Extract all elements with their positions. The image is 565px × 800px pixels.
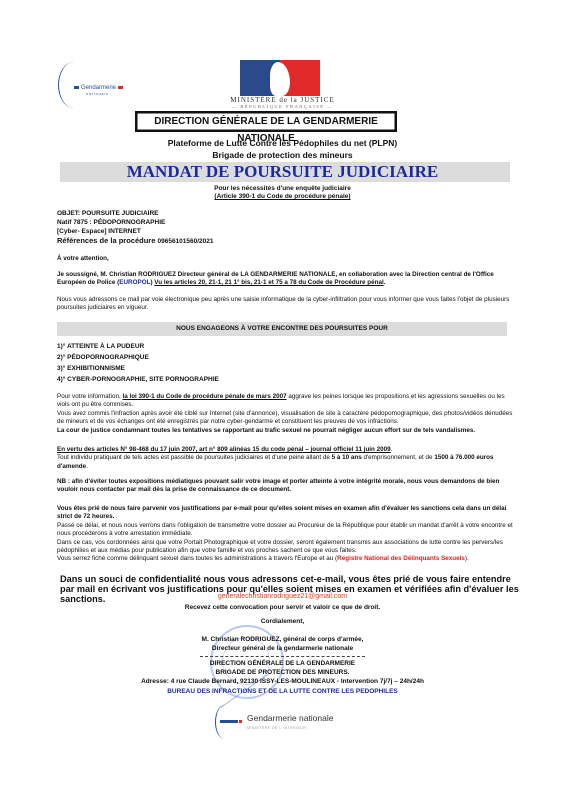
signature-name: M. Christian RODRIGUEZ, général de corps… (0, 636, 565, 643)
marianne-logo-icon (240, 60, 320, 96)
delai-paragraph: Vous êtes prié de nous faire parvenir vo… (57, 505, 517, 564)
objet-block: OBJET: POURSUITE JUDICIAIRE Natif 7875 :… (57, 209, 214, 246)
brigade-label: Brigade de protection des mineurs (0, 150, 565, 160)
charge-item: 1)° ATTEINTE À LA PUDEUR (57, 341, 219, 352)
signature-bureau: BUREAU DES INFRACTIONS ET DE LA LUTTE CO… (0, 688, 565, 695)
cordialement-line: Cordialement, (0, 618, 565, 625)
charge-item: 3)° EXHIBITIONNISME (57, 363, 219, 374)
charge-item: 2)° PÉDOPORNOGRAPHIQUE (57, 352, 219, 363)
signature-address: Adresse: 4 rue Claude Bernard, 92130 ISS… (0, 678, 565, 685)
engage-bar: NOUS ENGAGEONS À VOTRE ENCONTRE DES POUR… (57, 322, 507, 336)
footer-flag-icon (220, 720, 238, 723)
gendarmerie-logo: Gendarmerie nationale (56, 62, 116, 110)
signature-title: Directeur général de la gendarmerie nati… (0, 645, 565, 652)
necessites-label: Pour les nécessités d'une enquête judici… (0, 185, 565, 192)
registre-label: Registre National des Délinquants Sexuel… (337, 555, 465, 562)
contact-email-link[interactable]: generalechristianrodriguez21@gmail.com (0, 593, 565, 600)
ministere-label: MINISTÈRE de la JUSTICE (200, 96, 365, 104)
reference-line: Références de la procédure 09656101560/2… (57, 236, 214, 246)
signature-direction: DIRECTION GÉNÉRALE DE LA GENDARMERIE (0, 660, 565, 667)
cyber-line: [Cyber- Espace] INTERNET (57, 227, 214, 236)
info-paragraph: Pour votre information, la loi 390-1 du … (57, 393, 517, 435)
attention-line: À votre attention, (57, 255, 517, 263)
europol-label: EUROPOL (119, 279, 150, 286)
charges-list: 1)° ATTEINTE À LA PUDEUR 2)° PÉDOPORNOGR… (57, 341, 219, 385)
charge-item: 4)° CYBER-PORNOGRAPHIE, SITE PORNOGRAPHI… (57, 374, 219, 385)
recevez-line: Recevez cette convocation pour servir et… (0, 604, 565, 611)
footer-logo-sub: MINISTÈRE DE L'INTÉRIEUR (247, 726, 306, 730)
objet-line: OBJET: POURSUITE JUDICIAIRE (57, 209, 214, 218)
law-reference: la loi 390-1 du Code de procédure pénale… (122, 393, 286, 400)
vertu-reference: En vertu des articles N° 98-468 du 17 ju… (57, 446, 391, 453)
intro-paragraph: Je soussigné, M. Christian RODRIGUEZ Dir… (57, 271, 517, 288)
mail-info-paragraph: Nous vous adressons ce mail par voie éle… (57, 296, 517, 313)
reference-number: 09656101560/2021 (157, 238, 213, 245)
nb-paragraph: NB : afin d'éviter toutes expositions mé… (57, 478, 517, 495)
footer-logo-name: Gendarmerie nationale (247, 713, 333, 723)
signature-divider (200, 656, 365, 657)
article-label: (Article 390-1 du Code de procédure péna… (0, 193, 565, 200)
vertu-paragraph: En vertu des articles N° 98-468 du 17 ju… (57, 446, 517, 471)
mandat-title: MANDAT DE POURSUITE JUDICIAIRE (0, 162, 565, 182)
natif-line: Natif 7875 : PÉDOPORNOGRAPHIE (57, 218, 214, 227)
articles-reference: Vu les articles 20, 21-1, 21 1° bis, 21-… (154, 279, 383, 286)
republique-label: — RÉPUBLIQUE FRANÇAISE — (200, 104, 365, 109)
footer-gendarmerie-logo: Gendarmerie nationale MINISTÈRE DE L'INT… (215, 705, 365, 745)
direction-title: DIRECTION GÉNÉRALE DE LA GENDARMERIE NAT… (135, 111, 397, 132)
gendarmerie-logo-sub: nationale (86, 92, 109, 96)
plateforme-label: Plateforme de Lutte Contre les Pédophile… (0, 138, 565, 148)
signature-brigade: BRIGADE DE PROTECTION DES MINEURS. (0, 669, 565, 676)
